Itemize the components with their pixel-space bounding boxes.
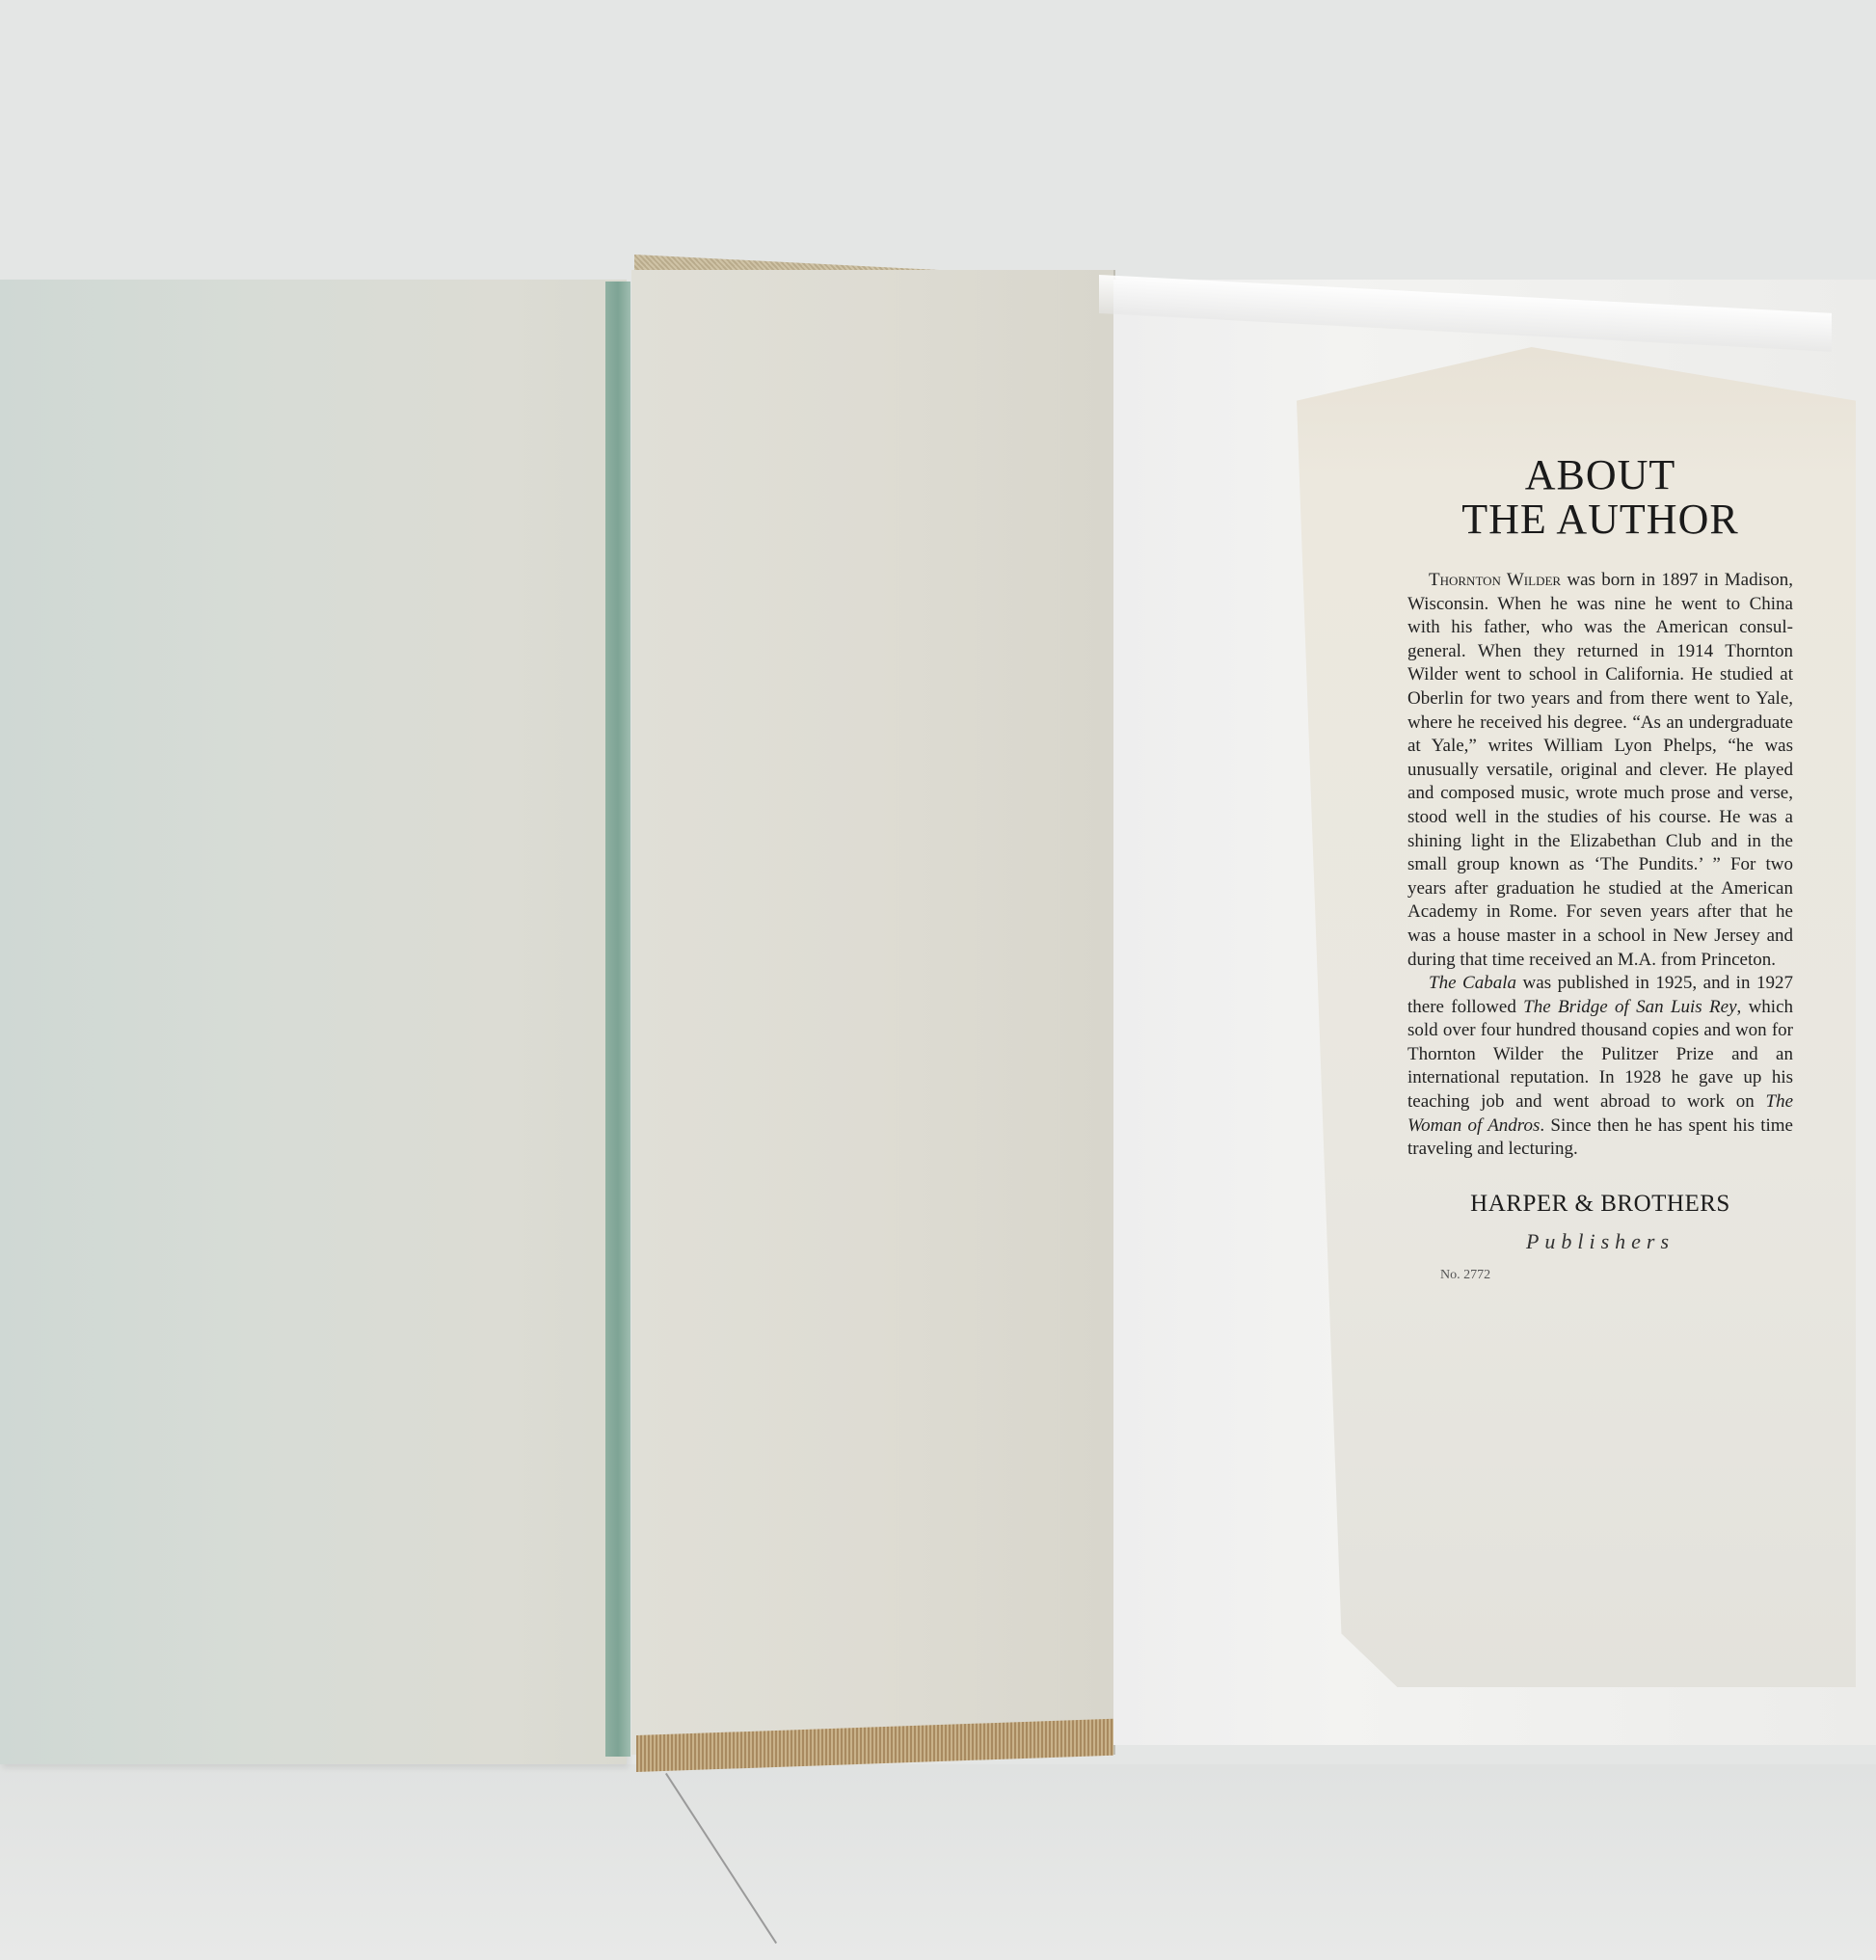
green-hinge <box>605 282 630 1757</box>
publisher-imprint: Publishers <box>1407 1229 1793 1254</box>
book-title: The Bridge of San Luis Rey <box>1523 997 1736 1017</box>
publisher-name: HARPER & BROTHERS <box>1407 1191 1793 1218</box>
center-board-page <box>631 270 1115 1755</box>
biography-paragraph-1: Thornton Wilder was born in 1897 in Madi… <box>1407 569 1793 972</box>
catalog-number: No. 2772 <box>1440 1268 1793 1283</box>
flap-title-line1: ABOUT <box>1407 453 1793 497</box>
about-the-author-text: ABOUT THE AUTHOR Thornton Wilder was bor… <box>1407 453 1793 1283</box>
left-endpaper <box>0 280 627 1764</box>
biography-paragraph-2: The Cabala was published in 1925, and in… <box>1407 972 1793 1162</box>
flap-title-line2: THE AUTHOR <box>1407 497 1793 542</box>
author-name: Thornton Wilder <box>1429 570 1561 590</box>
table-surface <box>0 1764 1876 1960</box>
book-title: The Cabala <box>1429 973 1516 993</box>
biography: Thornton Wilder was born in 1897 in Madi… <box>1407 569 1793 1162</box>
